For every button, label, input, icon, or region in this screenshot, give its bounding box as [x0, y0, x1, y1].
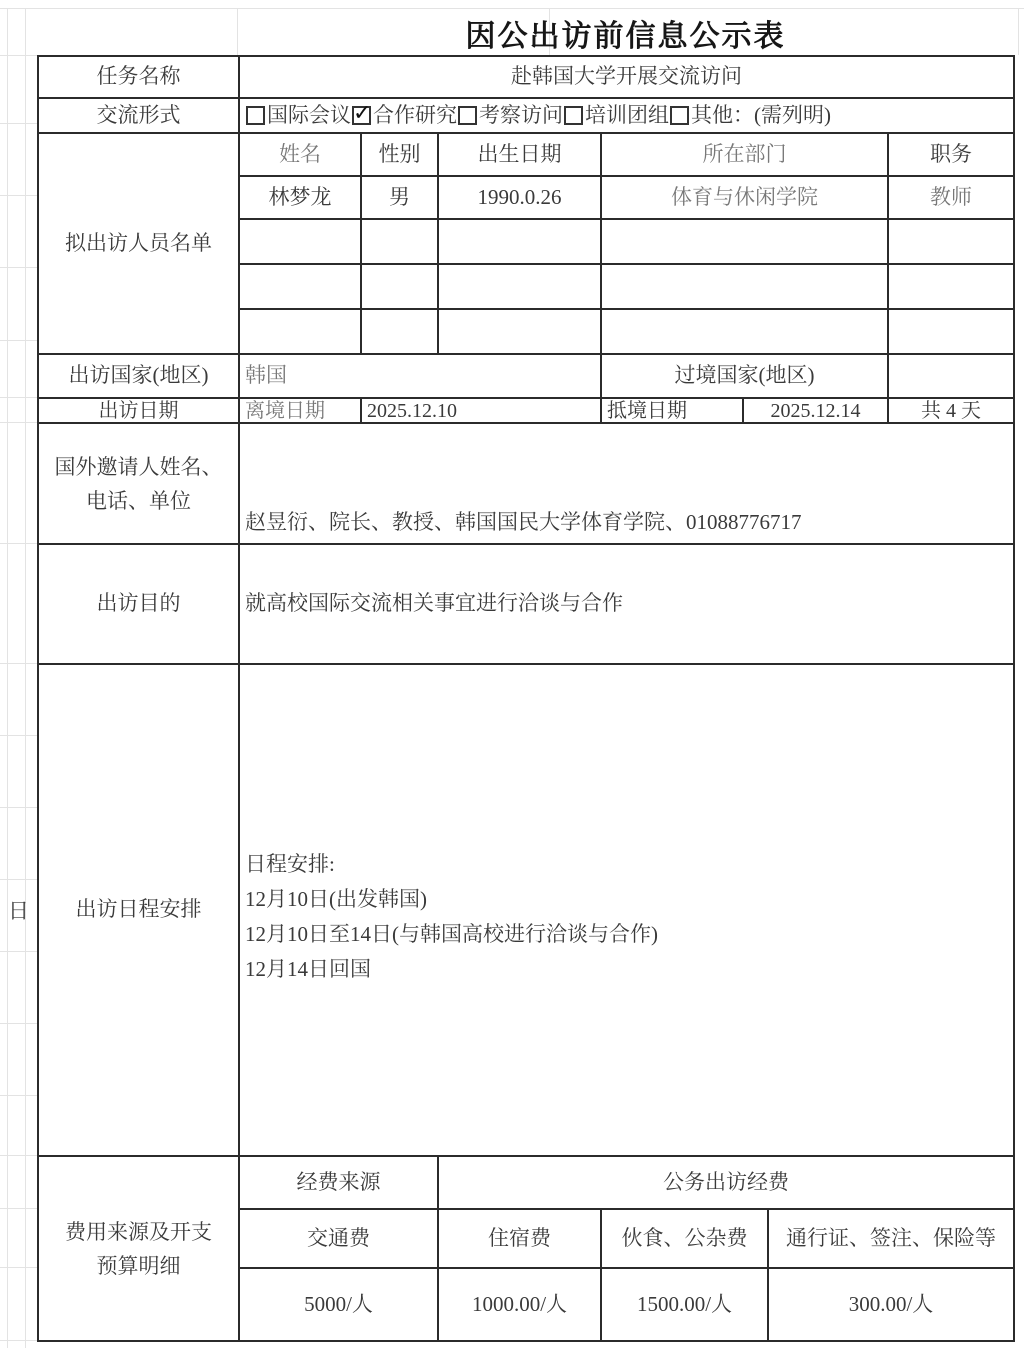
checkbox-checked-icon[interactable]: ✓: [352, 106, 371, 125]
country-label: 出访国家(地区): [69, 362, 209, 389]
cell-arrival-label[interactable]: 抵境日期: [602, 399, 744, 424]
cell-empty[interactable]: [240, 220, 362, 265]
task-label: 任务名称: [97, 63, 181, 90]
cell-empty[interactable]: [889, 265, 1015, 310]
cell-header-position[interactable]: 职务: [889, 134, 1015, 177]
cell-budget-source-label[interactable]: 经费来源: [240, 1157, 439, 1210]
duration-value: 共 4 天: [921, 399, 981, 424]
checkbox-unchecked-icon[interactable]: [246, 106, 265, 125]
cell-inviter-value[interactable]: 赵昱衍、院长、教授、韩国国民大学体育学院、01088776717: [240, 424, 1015, 545]
cell-fee-meals-value[interactable]: 1500.00/人: [602, 1269, 769, 1342]
cell-fee-lodging-value[interactable]: 1000.00/人: [439, 1269, 602, 1342]
option-label: 合作研究: [373, 102, 457, 129]
cell-dates-label[interactable]: 出访日期: [39, 399, 240, 424]
budget-source-label: 经费来源: [297, 1169, 381, 1196]
header-gender: 性别: [379, 141, 421, 168]
cell-exchange-options[interactable]: 国际会议 ✓ 合作研究 考察访问 培训团组 其他：(需列明): [240, 99, 1015, 134]
cell-empty[interactable]: [240, 265, 362, 310]
person-gender: 男: [389, 184, 410, 211]
person-position: 教师: [930, 184, 972, 211]
fee-lodging-value: 1000.00/人: [472, 1291, 567, 1318]
cell-fee-permit-label[interactable]: 通行证、签注、保险等: [769, 1210, 1015, 1269]
cell-empty[interactable]: [602, 310, 889, 355]
fee-meals-label: 伙食、公杂费: [622, 1225, 748, 1252]
transit-label: 过境国家(地区): [675, 362, 815, 389]
cell-empty[interactable]: [889, 310, 1015, 355]
option-label: 国际会议: [267, 102, 351, 129]
cell-header-name[interactable]: 姓名: [240, 134, 362, 177]
arrival-date: 2025.12.14: [771, 399, 861, 424]
cell-empty[interactable]: [602, 220, 889, 265]
cell-empty[interactable]: [439, 310, 602, 355]
cell-transit-label[interactable]: 过境国家(地区): [602, 355, 889, 399]
cell-country-label[interactable]: 出访国家(地区): [39, 355, 240, 399]
cell-budget-label[interactable]: 费用来源及开支 预算明细: [39, 1157, 240, 1342]
option-cooperative-research: ✓ 合作研究: [351, 102, 457, 129]
cell-itinerary-value[interactable]: 日程安排: 12月10日(出发韩国) 12月10日至14日(与韩国高校进行洽谈与…: [240, 665, 1015, 1157]
fee-lodging-label: 住宿费: [488, 1225, 551, 1252]
fee-transport-label: 交通费: [307, 1225, 370, 1252]
person-department: 体育与休闲学院: [671, 184, 818, 211]
cell-fee-transport-label[interactable]: 交通费: [240, 1210, 439, 1269]
budget-source-value: 公务出访经费: [663, 1169, 789, 1196]
departure-date: 2025.12.10: [367, 399, 457, 424]
checkbox-unchecked-icon[interactable]: [458, 106, 477, 125]
cell-header-department[interactable]: 所在部门: [602, 134, 889, 177]
inviter-label-line1: 国外邀请人姓名、: [55, 450, 223, 484]
purpose-value: 就高校国际交流相关事宜进行洽谈与合作: [245, 590, 623, 617]
cell-purpose-label[interactable]: 出访目的: [39, 545, 240, 665]
cell-arrival-date[interactable]: 2025.12.14: [744, 399, 889, 424]
cell-country-value[interactable]: 韩国: [240, 355, 602, 399]
purpose-label: 出访目的: [97, 590, 181, 617]
checkbox-unchecked-icon[interactable]: [670, 106, 689, 125]
cell-budget-source-value[interactable]: 公务出访经费: [439, 1157, 1015, 1210]
itinerary-line: 12月10日(出发韩国): [245, 882, 427, 917]
itinerary-line: 12月10日至14日(与韩国高校进行洽谈与合作): [245, 917, 658, 952]
cell-fee-permit-value[interactable]: 300.00/人: [769, 1269, 1015, 1342]
cell-empty[interactable]: [240, 310, 362, 355]
cell-header-birthdate[interactable]: 出生日期: [439, 134, 602, 177]
fee-meals-value: 1500.00/人: [637, 1291, 732, 1318]
header-birthdate: 出生日期: [478, 141, 562, 168]
option-label: 考察访问: [479, 102, 563, 129]
cell-fee-lodging-label[interactable]: 住宿费: [439, 1210, 602, 1269]
cell-departure-date[interactable]: 2025.12.10: [362, 399, 602, 424]
cell-empty[interactable]: [362, 220, 439, 265]
cell-duration[interactable]: 共 4 天: [889, 399, 1015, 424]
header-department: 所在部门: [703, 141, 787, 168]
checkbox-unchecked-icon[interactable]: [564, 106, 583, 125]
cell-empty[interactable]: [439, 265, 602, 310]
cell-person-name[interactable]: 林梦龙: [240, 177, 362, 220]
cell-fee-transport-value[interactable]: 5000/人: [240, 1269, 439, 1342]
cell-inviter-label[interactable]: 国外邀请人姓名、 电话、单位: [39, 424, 240, 545]
cell-empty[interactable]: [602, 265, 889, 310]
itinerary-line: 日程安排:: [245, 847, 335, 882]
arrival-label: 抵境日期: [607, 399, 687, 424]
option-other: 其他：(需列明): [669, 102, 831, 129]
inviter-label-line2: 电话、单位: [86, 484, 191, 518]
cell-personnel-label[interactable]: 拟出访人员名单: [39, 134, 240, 355]
cell-person-gender[interactable]: 男: [362, 177, 439, 220]
cell-person-position[interactable]: 教师: [889, 177, 1015, 220]
country-value: 韩国: [245, 362, 287, 389]
option-international-conference: 国际会议: [245, 102, 351, 129]
option-training-group: 培训团组: [563, 102, 669, 129]
cell-purpose-value[interactable]: 就高校国际交流相关事宜进行洽谈与合作: [240, 545, 1015, 665]
itinerary-label: 出访日程安排: [76, 896, 202, 923]
fee-permit-value: 300.00/人: [849, 1291, 934, 1318]
budget-label-line2: 预算明细: [97, 1249, 181, 1283]
cell-person-department[interactable]: 体育与休闲学院: [602, 177, 889, 220]
form-table: 任务名称 赴韩国大学开展交流访问 交流形式 国际会议 ✓ 合作研究 考察访问 培…: [37, 55, 1015, 1342]
cell-exchange-label[interactable]: 交流形式: [39, 99, 240, 134]
dates-label: 出访日期: [99, 399, 179, 424]
fee-permit-label: 通行证、签注、保险等: [786, 1225, 996, 1252]
person-birthdate: 1990.0.26: [478, 184, 562, 211]
personnel-label: 拟出访人员名单: [65, 230, 212, 257]
margin-overflow-text: 日: [8, 895, 29, 925]
option-label: 培训团组: [585, 102, 669, 129]
fee-transport-value: 5000/人: [304, 1291, 373, 1318]
cell-empty[interactable]: [362, 310, 439, 355]
option-label: 其他：(需列明): [691, 102, 831, 129]
exchange-label: 交流形式: [97, 102, 181, 129]
cell-person-birthdate[interactable]: 1990.0.26: [439, 177, 602, 220]
option-inspection-visit: 考察访问: [457, 102, 563, 129]
cell-task-label[interactable]: 任务名称: [39, 57, 240, 99]
cell-fee-meals-label[interactable]: 伙食、公杂费: [602, 1210, 769, 1269]
cell-empty[interactable]: [362, 265, 439, 310]
cell-empty[interactable]: [439, 220, 602, 265]
header-name: 姓名: [279, 141, 321, 168]
cell-itinerary-label[interactable]: 出访日程安排: [39, 665, 240, 1157]
itinerary-line: 12月14日回国: [245, 952, 371, 987]
inviter-value: 赵昱衍、院长、教授、韩国国民大学体育学院、01088776717: [245, 509, 802, 536]
page-title: 因公出访前信息公示表: [238, 12, 1013, 54]
person-name: 林梦龙: [269, 184, 332, 211]
task-value: 赴韩国大学开展交流访问: [511, 63, 742, 90]
cell-task-value[interactable]: 赴韩国大学开展交流访问: [240, 57, 1015, 99]
header-position: 职务: [930, 141, 972, 168]
departure-label: 离境日期: [245, 399, 325, 424]
cell-empty[interactable]: [889, 220, 1015, 265]
cell-departure-label[interactable]: 离境日期: [240, 399, 362, 424]
cell-header-gender[interactable]: 性别: [362, 134, 439, 177]
budget-label-line1: 费用来源及开支: [65, 1215, 212, 1249]
cell-transit-value[interactable]: [889, 355, 1015, 399]
